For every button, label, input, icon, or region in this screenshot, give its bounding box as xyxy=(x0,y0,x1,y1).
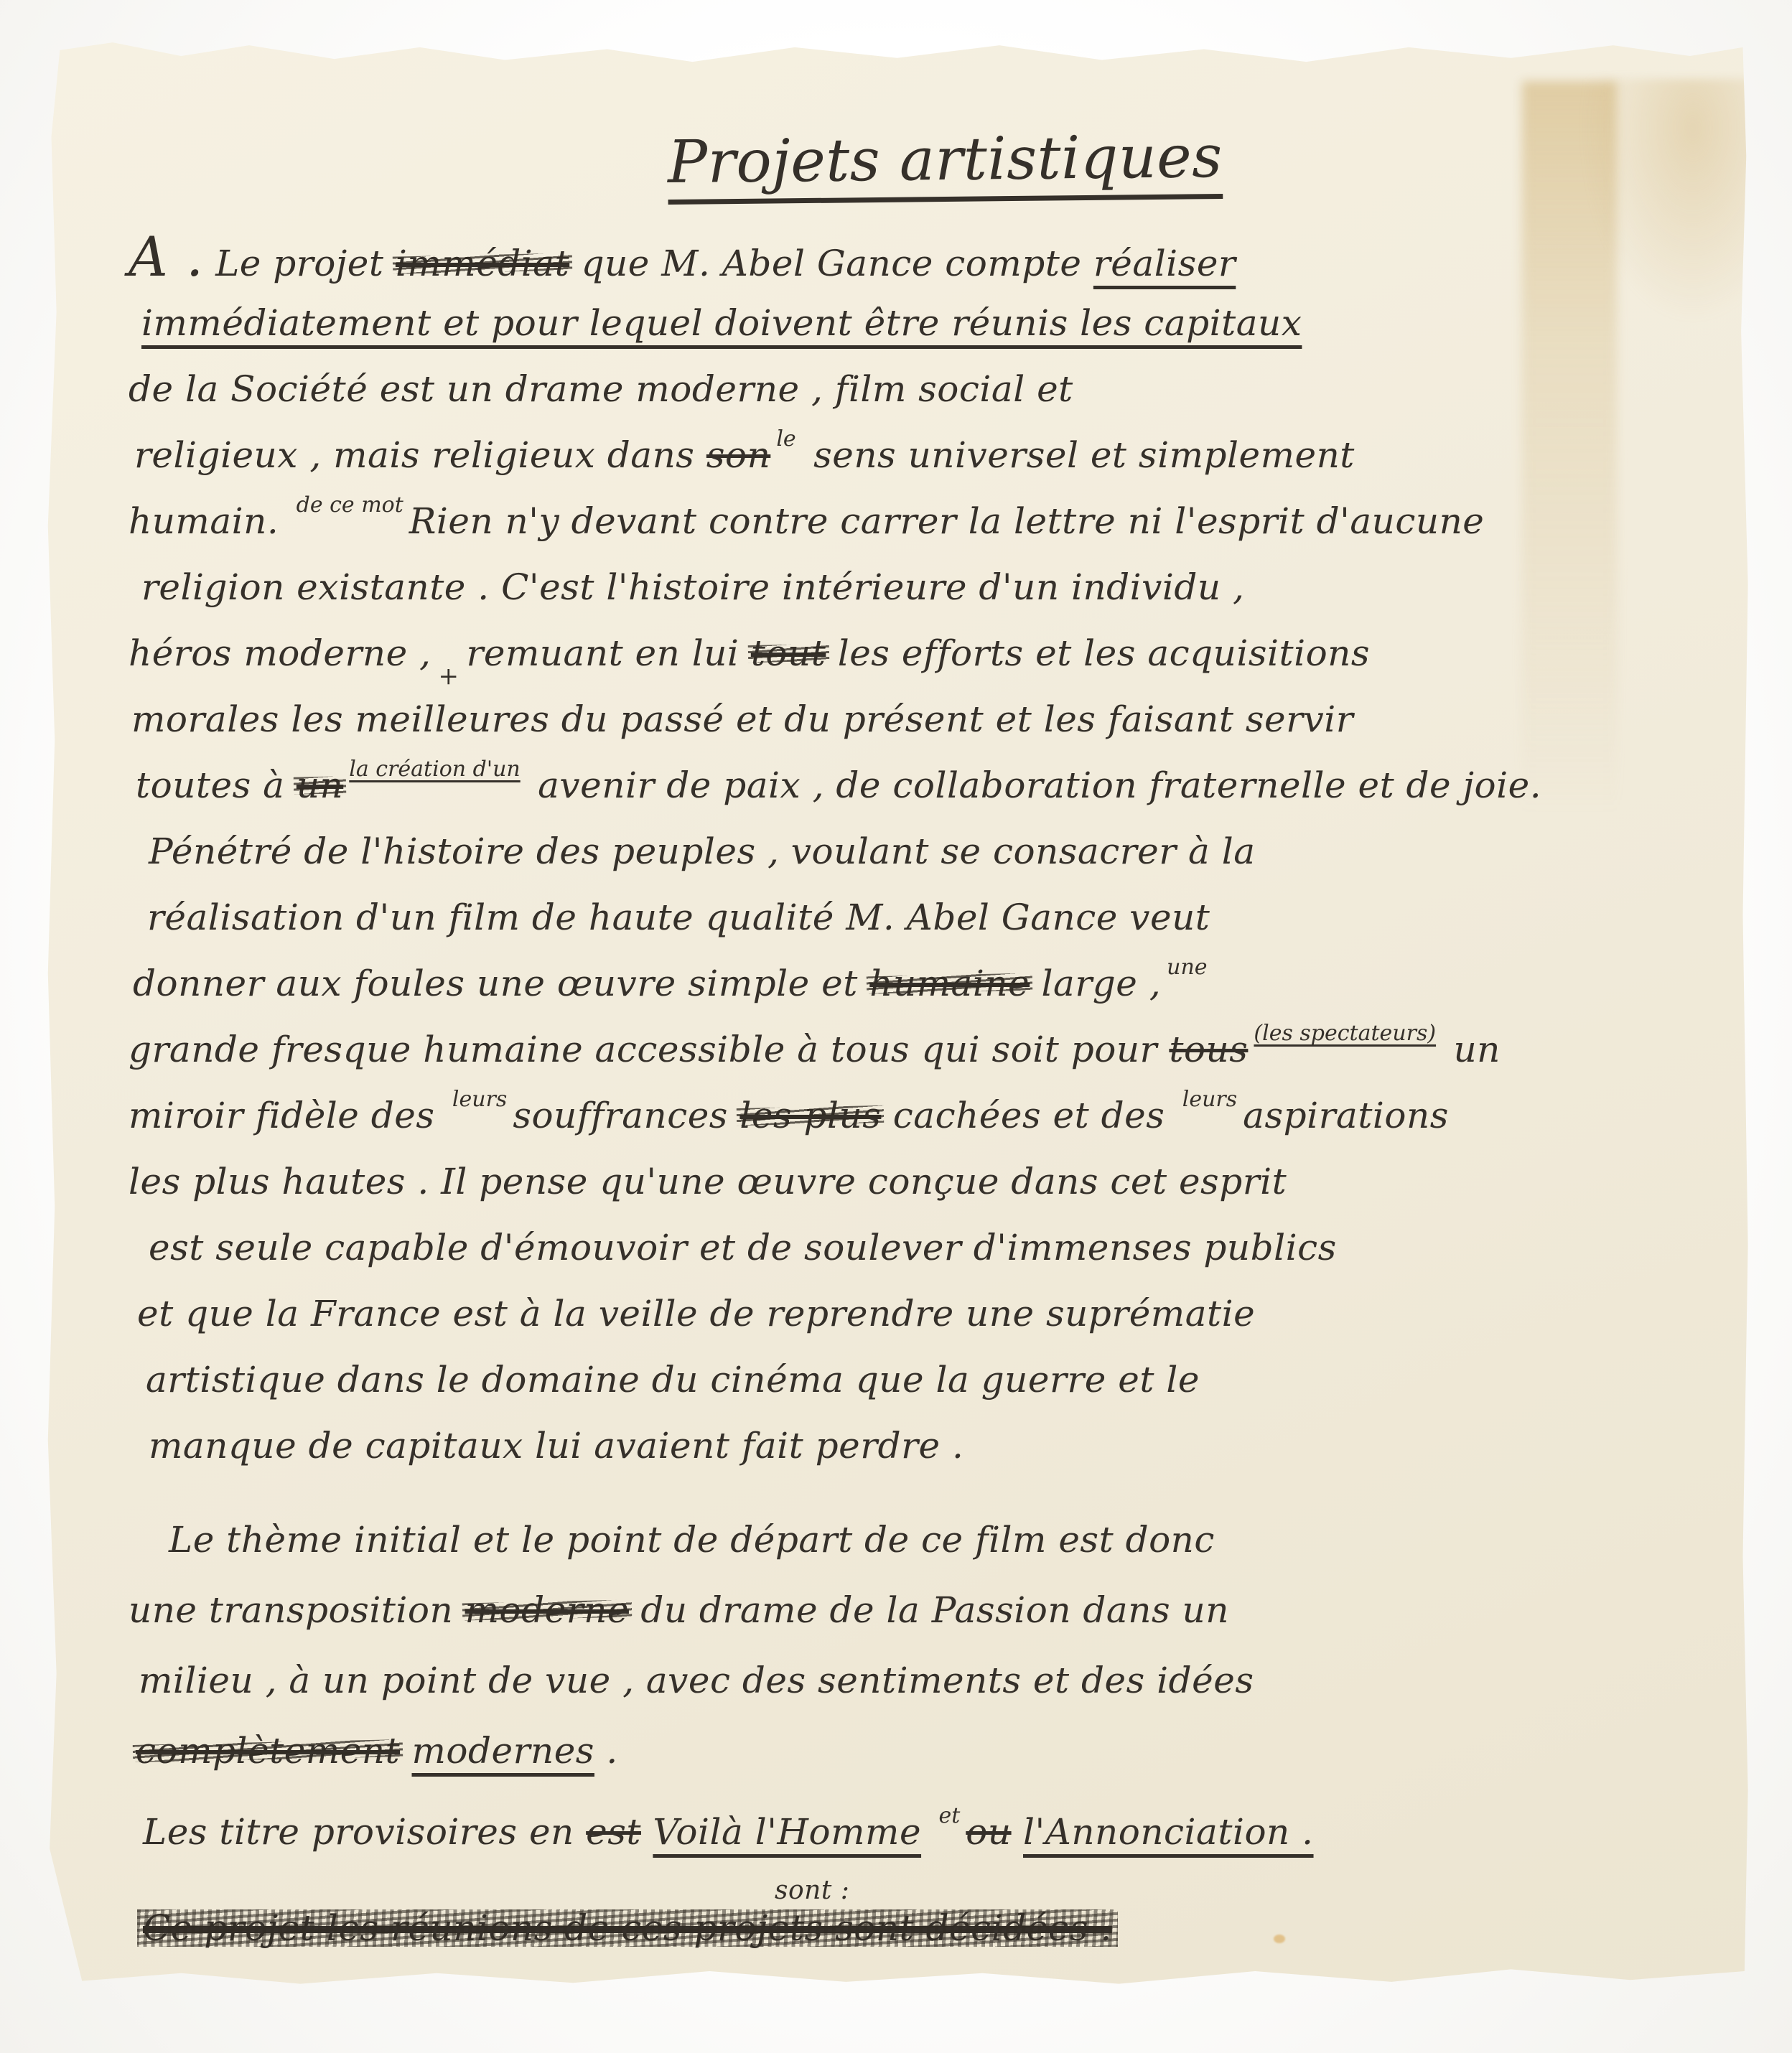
handwritten-text: réaliser xyxy=(1093,243,1236,284)
struck-text: est xyxy=(586,1811,641,1853)
line-18: artistique dans le domaine du cinéma que… xyxy=(146,1347,1762,1413)
handwritten-text: aspirations xyxy=(1243,1095,1449,1136)
handwritten-text: de la Société est un drame moderne , fil… xyxy=(129,368,1073,410)
handwritten-text: un xyxy=(1442,1029,1501,1070)
struck-text: tous xyxy=(1169,1029,1248,1070)
line-26-struck-illegible: Ce projet les réunions de ces projets so… xyxy=(143,1898,1762,1958)
line-14: miroir fidèle des leurssouffrances les p… xyxy=(129,1082,1762,1149)
line-05: humain. de ce motRien n'y devant contre … xyxy=(129,488,1762,554)
line-04: religieux , mais religieux dans sonle se… xyxy=(134,422,1762,488)
handwritten-text: miroir fidèle des xyxy=(129,1095,447,1136)
handwritten-text: Les titre provisoires en xyxy=(143,1811,586,1853)
line-19: manque de capitaux lui avaient fait perd… xyxy=(149,1413,1762,1479)
handwritten-text: remuant en lui xyxy=(466,632,750,674)
handwritten-text: religion existante . C'est l'histoire in… xyxy=(141,566,1244,608)
handwritten-text: A . xyxy=(129,225,204,289)
line-02: immédiatement et pour lequel doivent êtr… xyxy=(141,290,1762,356)
handwritten-text: Pénétré de l'histoire des peuples , voul… xyxy=(149,831,1256,872)
handwritten-text: morales les meilleures du passé et du pr… xyxy=(131,698,1353,740)
handwritten-text xyxy=(921,1811,933,1853)
line-15: les plus hautes . Il pense qu'une œuvre … xyxy=(129,1149,1762,1215)
inserted-text: de ce mot xyxy=(297,492,403,518)
struck-text: humaine xyxy=(869,963,1030,1004)
handwritten-text: réalisation d'un film de haute qualité M… xyxy=(147,897,1210,938)
line-20: Le thème initial et le point de départ d… xyxy=(169,1505,1762,1575)
struck-text: complètement xyxy=(136,1730,400,1772)
handwritten-text: . xyxy=(594,1730,618,1772)
line-21: une transposition moderne du drame de la… xyxy=(129,1575,1762,1645)
handwritten-text: Le thème initial et le point de départ d… xyxy=(169,1519,1215,1561)
handwritten-text: milieu , à un point de vue , avec des se… xyxy=(139,1660,1254,1701)
line-03: de la Société est un drame moderne , fil… xyxy=(129,356,1762,422)
line-07: héros moderne ,+remuant en lui tout les … xyxy=(129,620,1762,686)
line-09: toutes à unla création d'un avenir de pa… xyxy=(136,752,1762,818)
handwritten-text: Voilà l'Homme xyxy=(653,1811,921,1853)
struck-text: ou xyxy=(966,1811,1011,1853)
line-11: réalisation d'un film de haute qualité M… xyxy=(147,884,1762,950)
handwritten-text: les efforts et les acquisitions xyxy=(826,632,1370,674)
line-23: complètement modernes . xyxy=(136,1716,1762,1786)
handwritten-text: que M. Abel Gance compte xyxy=(569,243,1093,284)
inserted-text: leurs xyxy=(1182,1087,1237,1112)
page-title: Projets artistiques xyxy=(668,118,1223,202)
inserted-text: (les spectateurs) xyxy=(1254,1021,1436,1046)
handwritten-text: donner aux foules une œuvre simple et xyxy=(133,963,869,1004)
inserted-text: une xyxy=(1167,955,1207,980)
inserted-text: leurs xyxy=(452,1087,507,1112)
manuscript-lines: A . Le projet immédiat que M. Abel Gance… xyxy=(129,224,1762,1958)
inserted-text: + xyxy=(438,662,459,691)
handwritten-text: artistique dans le domaine du cinéma que… xyxy=(146,1359,1200,1400)
struck-text: immédiat xyxy=(396,243,569,284)
line-01: A . Le projet immédiat que M. Abel Gance… xyxy=(129,224,1762,290)
line-22: milieu , à un point de vue , avec des se… xyxy=(139,1645,1762,1716)
handwritten-text: large , xyxy=(1030,963,1161,1004)
handwritten-text: avenir de paix , de collaboration frater… xyxy=(526,764,1541,806)
line-24: Les titre provisoires en est Voilà l'Hom… xyxy=(143,1797,1762,1866)
struck-text: tout xyxy=(751,632,826,674)
handwritten-text: les plus hautes . Il pense qu'une œuvre … xyxy=(129,1161,1287,1202)
line-12: donner aux foules une œuvre simple et hu… xyxy=(133,950,1762,1016)
title-row: Projets artistiques xyxy=(129,121,1762,200)
inserted-text: le xyxy=(776,426,795,452)
line-06: religion existante . C'est l'histoire in… xyxy=(141,554,1762,620)
line-17: et que la France est à la veille de repr… xyxy=(137,1281,1762,1347)
handwritten-text xyxy=(400,1730,411,1772)
handwritten-text: grande fresque humaine accessible à tous… xyxy=(129,1029,1169,1070)
struck-text: Ce projet les réunions de ces projets so… xyxy=(143,1907,1112,1949)
handwritten-text xyxy=(641,1811,653,1853)
handwritten-text: Rien n'y devant contre carrer la lettre … xyxy=(409,500,1485,542)
handwritten-text: Le projet xyxy=(204,243,396,284)
struck-text: les plus xyxy=(739,1095,881,1136)
struck-text: son xyxy=(706,434,770,476)
handwritten-text: et que la France est à la veille de repr… xyxy=(137,1293,1255,1334)
inserted-text: et xyxy=(938,1803,960,1828)
photo-background: { "document": { "type_label": "handwritt… xyxy=(0,0,1792,2053)
line-13: grande fresque humaine accessible à tous… xyxy=(129,1016,1762,1082)
handwritten-text: modernes xyxy=(412,1730,594,1772)
handwritten-text: sens universel et simplement xyxy=(802,434,1355,476)
line-08: morales les meilleures du passé et du pr… xyxy=(131,686,1762,752)
handwritten-text: l'Annonciation . xyxy=(1023,1811,1314,1853)
handwritten-text: héros moderne , xyxy=(129,632,431,674)
struck-text: un xyxy=(297,764,343,806)
handwritten-text: cachées et des xyxy=(881,1095,1176,1136)
handwritten-text: immédiatement et pour lequel doivent êtr… xyxy=(141,302,1302,344)
manuscript-paper: Projets artistiques A . Le projet immédi… xyxy=(45,39,1750,1985)
handwritten-text: manque de capitaux lui avaient fait perd… xyxy=(149,1425,963,1467)
line-10: Pénétré de l'histoire des peuples , voul… xyxy=(149,818,1762,884)
handwritten-text: humain. xyxy=(129,500,291,542)
struck-text: moderne xyxy=(465,1589,629,1631)
manuscript-content: Projets artistiques A . Le projet immédi… xyxy=(129,121,1762,1958)
line-16: est seule capable d'émouvoir et de soule… xyxy=(149,1215,1762,1281)
handwritten-text: toutes à xyxy=(136,764,297,806)
inserted-text: la création d'un xyxy=(349,757,520,782)
handwritten-text: du drame de la Passion dans un xyxy=(629,1589,1229,1631)
handwritten-text xyxy=(1012,1811,1023,1853)
handwritten-text: souffrances xyxy=(513,1095,739,1136)
handwritten-text: est seule capable d'émouvoir et de soule… xyxy=(149,1227,1337,1268)
handwritten-text: religieux , mais religieux dans xyxy=(134,434,706,476)
handwritten-text: une transposition xyxy=(129,1589,465,1631)
